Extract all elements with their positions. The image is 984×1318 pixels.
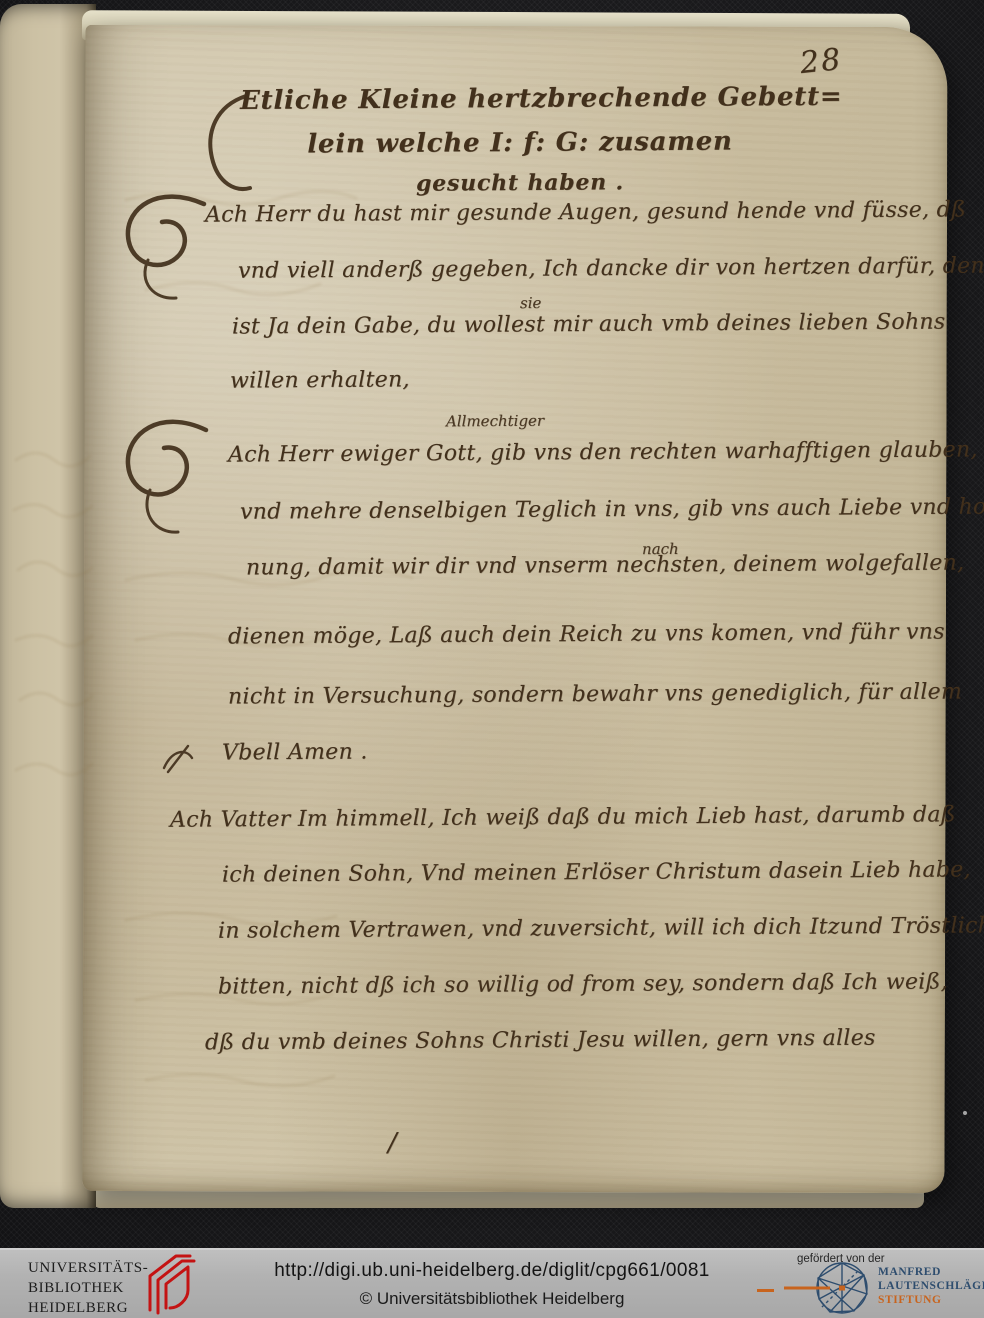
foundation-globe-icon xyxy=(812,1261,872,1318)
manuscript-line: in solchem Vertrawen, vnd zuversicht, wi… xyxy=(218,913,984,943)
manuscript-line: dienen möge, Laß auch dein Reich zu vns … xyxy=(228,619,945,649)
manuscript-heading-line: lein welche I: f: G: zusamen xyxy=(240,126,800,160)
marginal-mark-flourish xyxy=(158,738,198,778)
interlinear-insertion: Allmechtiger xyxy=(446,412,544,431)
foundation-name: MANFRED LAUTENSCHLÄGER STIFTUNG xyxy=(878,1265,984,1307)
digitization-footer-bar: UNIVERSITÄTS- BIBLIOTHEK HEIDELBERG http… xyxy=(0,1248,984,1318)
manuscript-line: ist Ja dein Gabe, du wollest mir auch vm… xyxy=(232,310,946,340)
manuscript-line: willen erhalten, xyxy=(230,367,410,393)
manuscript-line: nung, damit wir dir vnd vnserm nechsten,… xyxy=(246,550,965,580)
manuscript-line: vnd viell anderß gegeben, Ich dancke dir… xyxy=(238,253,984,283)
manuscript-heading-line: gesucht haben . xyxy=(240,168,800,198)
manuscript-scan-viewport: 28 Etliche Kleine hertzbrechende Gebett=… xyxy=(0,0,984,1318)
folio-number: 28 xyxy=(798,42,844,81)
manuscript-line: nicht in Versuchung, sondern bewahr vns … xyxy=(228,679,962,709)
paragraph-initial-flourish xyxy=(118,414,218,544)
manuscript-line: bitten, nicht dß ich so willig od from s… xyxy=(218,969,948,999)
foundation-name-line: STIFTUNG xyxy=(878,1293,984,1307)
dust-fleck xyxy=(963,1111,967,1115)
manuscript-heading-line: Etliche Kleine hertzbrechende Gebett= xyxy=(240,82,800,116)
manuscript-line: ich deinen Sohn, Vnd meinen Erlöser Chri… xyxy=(222,857,971,887)
manuscript-line: Ach Herr du hast mir gesunde Augen, gesu… xyxy=(205,197,966,227)
manuscript-line: Vbell Amen . xyxy=(222,739,368,765)
manuscript-line: vnd mehre denselbigen Teglich in vns, gi… xyxy=(240,494,984,524)
foundation-name-line: MANFRED xyxy=(878,1265,984,1279)
foundation-dash xyxy=(757,1289,774,1292)
manuscript-line: Ach Herr ewiger Gott, gib vns den rechte… xyxy=(228,437,978,467)
stray-pen-mark: / xyxy=(388,1128,397,1158)
interlinear-insertion: sie xyxy=(520,294,542,312)
manuscript-line: dß du vmb deines Sohns Christi Jesu will… xyxy=(205,1026,876,1056)
paragraph-initial-flourish xyxy=(118,190,218,310)
foundation-name-line: LAUTENSCHLÄGER xyxy=(878,1279,984,1293)
